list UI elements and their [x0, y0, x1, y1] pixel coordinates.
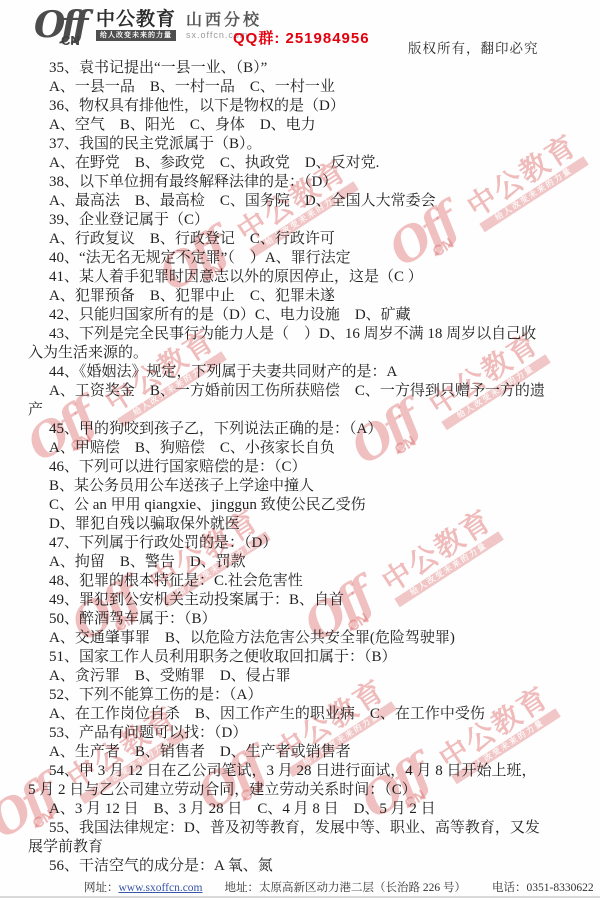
text-line: 51、国家工作人员利用职务之便收取回扣属于：（B） — [28, 648, 574, 667]
text-line: A、拘留 B、警告 D、罚款 — [28, 553, 574, 572]
logo-brand-block: 中公教育 给人改变未来的力量 — [96, 9, 176, 41]
text-line: 40、“法无名无规定不定罪”（ ）A、罪行法定 — [28, 249, 574, 268]
document-page: OffCN中公教育给人改变未来的力量OffCN中公教育给人改变未来的力量OffC… — [0, 0, 600, 900]
text-line: 55、我国法律规定：D、普及初等教育，发展中等、职业、高等教育，又发 — [28, 819, 574, 838]
text-line: A、空气 B、阳光 C、身体 D、电力 — [28, 116, 574, 135]
text-line: 43、下列是完全民事行为能力人是（ ）D、16 周岁不满 18 周岁以自己收 — [28, 325, 574, 344]
text-line: A、行政复议 B、行政登记 C、行政许可 — [28, 230, 574, 249]
offcn-logo: Off CN 中公教育 给人改变未来的力量 山西分校 sx.offcn.com — [34, 9, 262, 51]
text-line: 36、物权具有排他性，以下是物权的是（D） — [28, 97, 574, 116]
page-header: Off CN 中公教育 给人改变未来的力量 山西分校 sx.offcn.com … — [0, 0, 600, 58]
logo-cn-text: CN — [61, 33, 80, 48]
text-line: A、生产者 B、销售者 D、生产者或销售者 — [28, 743, 574, 762]
text-line: 49、罪犯到公安机关主动投案属于：B、自首 — [28, 591, 574, 610]
copyright-notice: 版权所有，翻印必究 — [408, 37, 539, 57]
text-line: 39、企业登记属于（C） — [28, 211, 574, 230]
text-line: 46、下列可以进行国家赔偿的是：（C） — [28, 458, 574, 477]
text-line: 52、下列不能算工伤的是：（A） — [28, 686, 574, 705]
text-line: 产 — [28, 401, 574, 420]
text-line: 入为生活来源的。 — [28, 344, 574, 363]
footer-site-link[interactable]: www.sxoffcn.com — [119, 882, 203, 894]
text-line: 展学前教育 — [28, 838, 574, 857]
text-line: A、贪污罪 B、受贿罪 D、侵占罪 — [28, 667, 574, 686]
text-line: 44、《婚姻法》规定，下列属于夫妻共同财产的是：A — [28, 363, 574, 382]
text-line: A、在工作岗位自杀 B、因工作产生的职业病 C、在工作中受伤 — [28, 705, 574, 724]
offcn-script-icon: Off CN — [34, 9, 96, 51]
logo-slogan: 给人改变未来的力量 — [96, 30, 176, 41]
text-line: A、3 月 12 日 B、3 月 28 日 C、4 月 8 日 D、5 月 2 … — [28, 800, 574, 819]
logo-brand-name: 中公教育 — [96, 9, 176, 30]
text-line: A、犯罪预备 B、犯罪中止 C、犯罪未遂 — [28, 287, 574, 306]
text-line: A、工资奖金 B、一方婚前因工伤所获赔偿 C、一方得到只赠予一方的遗 — [28, 382, 574, 401]
text-line: 45、甲的狗咬到孩子乙，下列说法正确的是：（A） — [28, 420, 574, 439]
text-line: 35、袁书记提出“一县一业、（B）” — [28, 59, 574, 78]
text-line: 56、干洁空气的成分是：A 氧、氮 — [28, 857, 574, 876]
text-line: 48、犯罪的根本特征是：C.社会危害性 — [28, 572, 574, 591]
text-line: A、交通肇事罪 B、以危险方法危害公共安全罪(危险驾驶罪) — [28, 629, 574, 648]
footer-address: 地址：太原高新区动力港二层（长治路 226 号） — [225, 879, 467, 895]
footer-site: 网址：www.sxoffcn.com — [84, 879, 203, 895]
text-line: 41、某人着手犯罪时因意志以外的原因停止，这是（C ） — [28, 268, 574, 287]
text-line: A、一县一品 B、一村一品 C、一村一业 — [28, 78, 574, 97]
text-line: 5 月 2 日与乙公司建立劳动合同，建立劳动关系时间：（C） — [28, 781, 574, 800]
text-line: 37、我国的民主党派属于（B）。 — [28, 135, 574, 154]
page-bottom-border — [0, 896, 600, 898]
text-line: D、罪犯自残以骗取保外就医 — [28, 515, 574, 534]
body-text: 35、袁书记提出“一县一业、（B）”A、一县一品 B、一村一品 C、一村一业36… — [28, 59, 574, 876]
text-line: A、在野党 B、参政党 C、执政党 D、反对党. — [28, 154, 574, 173]
footer-phone: 电话：0351-8330622 — [492, 879, 594, 895]
text-line: 50、醉酒驾车属于：（B） — [28, 610, 574, 629]
text-line: 54、甲 3 月 12 日在乙公司笔试，3 月 28 日进行面试，4 月 8 日… — [28, 762, 574, 781]
footer-site-label: 网址： — [84, 882, 119, 894]
page-footer: 网址：www.sxoffcn.com 地址：太原高新区动力港二层（长治路 226… — [0, 879, 600, 895]
text-line: 47、下列属于行政处罚的是：（D） — [28, 534, 574, 553]
text-line: A、甲赔偿 B、狗赔偿 C、小孩家长自负 — [28, 439, 574, 458]
text-line: 42、只能归国家所有的是（D）C、电力设施 D、矿藏 — [28, 306, 574, 325]
text-line: 38、以下单位拥有最终解释法律的是：（D） — [28, 173, 574, 192]
text-line: A、最高法 B、最高检 C、国务院 D、全国人大常委会 — [28, 192, 574, 211]
text-line: C、公 an 甲用 qiangxie、jinggun 致使公民乙受伤 — [28, 496, 574, 515]
text-line: B、某公务员用公车送孩子上学途中撞人 — [28, 477, 574, 496]
qq-group-number: QQ群: 251984956 — [233, 27, 370, 48]
text-line: 53、产品有问题可以找：（D） — [28, 724, 574, 743]
